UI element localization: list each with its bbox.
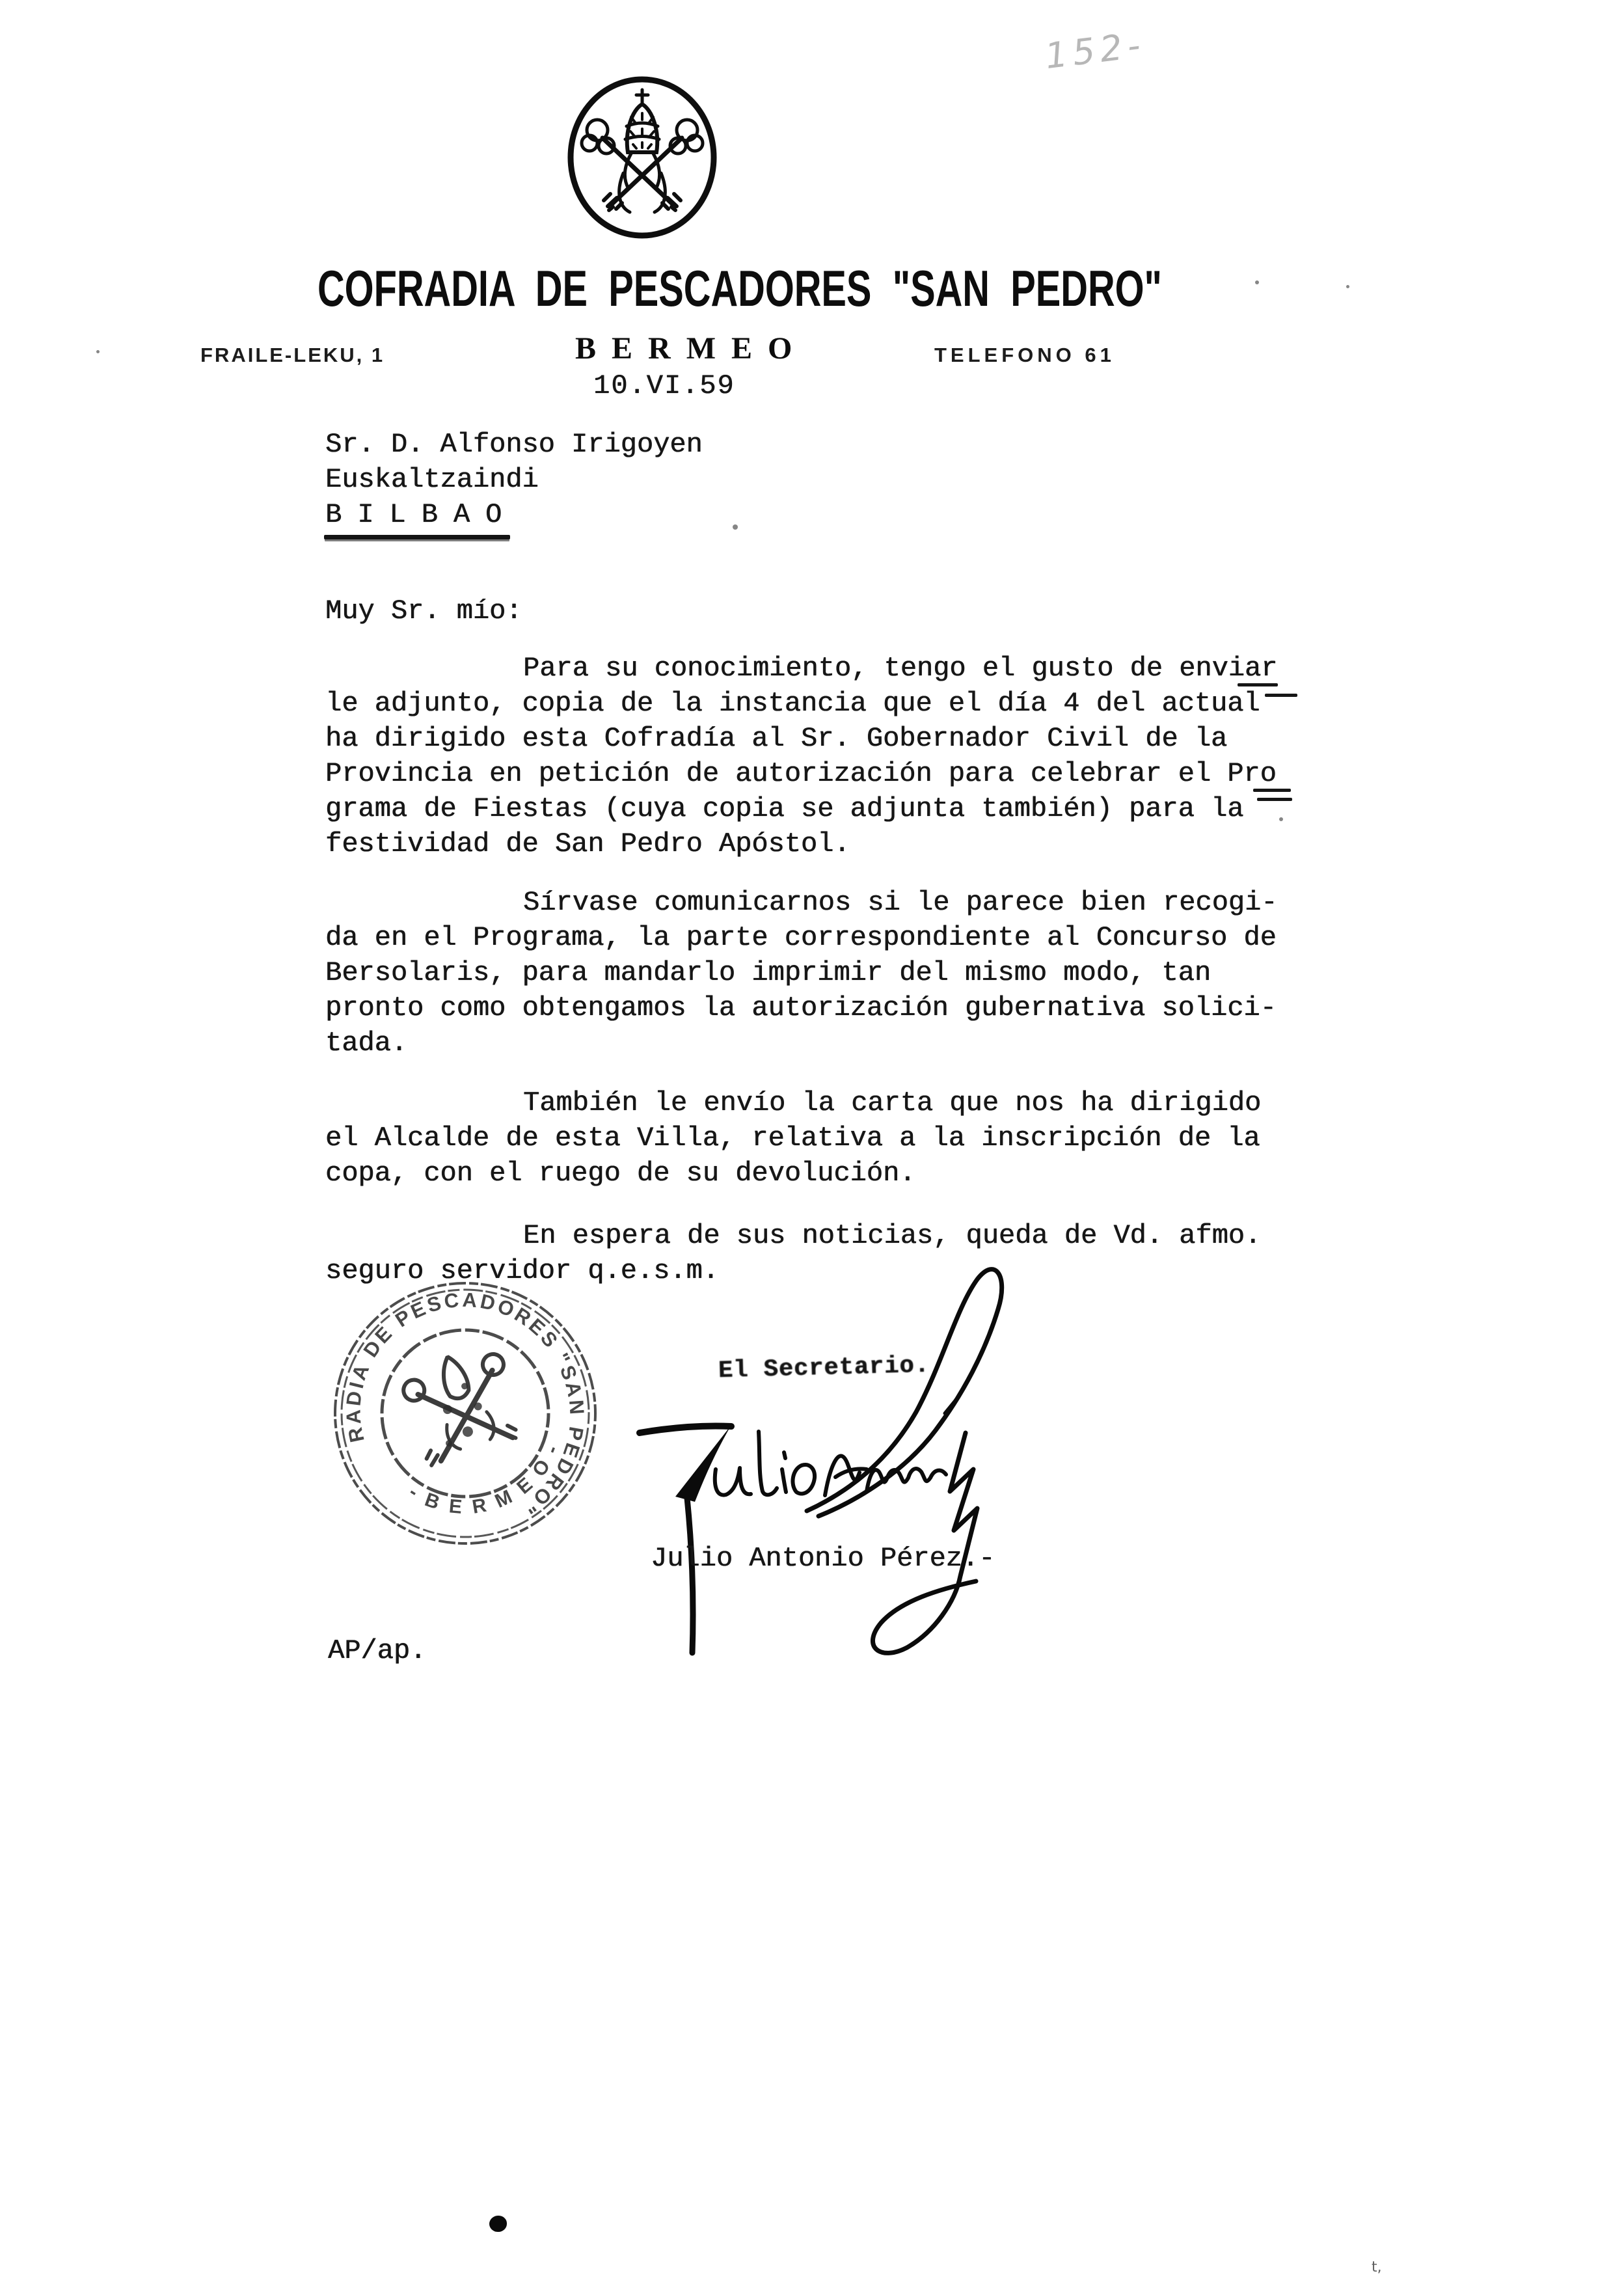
body-line: Bersolaris, para mandarlo imprimir del m… [325, 955, 1288, 990]
corner-scan-mark: t, [1372, 2259, 1382, 2275]
pencil-archive-number: 152- [1043, 24, 1148, 77]
body-line: En espera de sus noticias, queda de Vd. … [325, 1218, 1288, 1253]
signer-typed-name: Julio Antonio Pérez.- [651, 1541, 995, 1576]
continuation-underline [1253, 789, 1291, 792]
body-line: le adjunto, copia de la instancia que el… [325, 686, 1288, 721]
body-line: festividad de San Pedro Apóstol. [325, 826, 1288, 862]
letterhead-address: FRAILE-LEKU, 1 [200, 344, 385, 367]
papal-keys-icon [563, 74, 721, 241]
recipient-org: Euskaltzaindi [325, 462, 703, 497]
letterhead-city: BERMEO [575, 331, 807, 366]
letter-page: 152- [0, 0, 1624, 2282]
round-seal-icon: RADIA DE PESCADORES "SAN PEDRO" - B E R … [329, 1277, 602, 1550]
handwritten-signature [618, 1256, 1061, 1679]
continuation-dash [1257, 798, 1292, 801]
body-line: grama de Fiestas (cuya copia se adjunta … [325, 791, 1288, 826]
body-line: También le envío la carta que nos ha dir… [325, 1085, 1288, 1121]
letterhead-logo [563, 74, 721, 241]
body-line: Provincia en petición de autorización pa… [325, 756, 1288, 791]
date-line: 10.VI.59 [593, 368, 735, 403]
ink-speck [1346, 285, 1349, 288]
salutation: Muy Sr. mío: [325, 593, 522, 629]
recipient-block: Sr. D. Alfonso Irigoyen Euskaltzaindi BI… [325, 427, 703, 532]
paragraph-2: Sírvase comunicarnos si le parece bien r… [325, 885, 1288, 1061]
ink-speck [1279, 817, 1283, 821]
ink-speck [733, 524, 738, 530]
recipient-city-underline [324, 535, 510, 539]
continuation-underline [1238, 683, 1278, 686]
org-name: COFRADIA DE PESCADORES "SAN PEDRO" [318, 259, 1162, 318]
recipient-name: Sr. D. Alfonso Irigoyen [325, 427, 703, 462]
ink-dot [489, 2216, 507, 2232]
body-line: Sírvase comunicarnos si le parece bien r… [325, 885, 1288, 920]
body-line: el Alcalde de esta Villa, relativa a la … [325, 1121, 1288, 1156]
body-line: pronto como obtengamos la autorización g… [325, 990, 1288, 1026]
ink-speck [96, 350, 100, 353]
continuation-dash [1265, 694, 1297, 697]
rubber-stamp: RADIA DE PESCADORES "SAN PEDRO" - B E R … [329, 1277, 602, 1550]
typist-initials: AP/ap. [328, 1633, 426, 1668]
body-line: Para su conocimiento, tengo el gusto de … [325, 651, 1288, 686]
body-line: copa, con el ruego de su devolución. [325, 1156, 1288, 1191]
letterhead-phone: TELEFONO 61 [934, 344, 1115, 367]
signature-ink-icon [618, 1256, 1061, 1679]
body-line: ha dirigido esta Cofradía al Sr. Goberna… [325, 721, 1288, 756]
paragraph-1: Para su conocimiento, tengo el gusto de … [325, 651, 1288, 862]
recipient-city: BILBAO [325, 497, 703, 532]
body-line: tada. [325, 1026, 1288, 1061]
paragraph-3: También le envío la carta que nos ha dir… [325, 1085, 1288, 1191]
body-line: da en el Programa, la parte correspondie… [325, 920, 1288, 955]
ink-speck [1255, 280, 1259, 284]
